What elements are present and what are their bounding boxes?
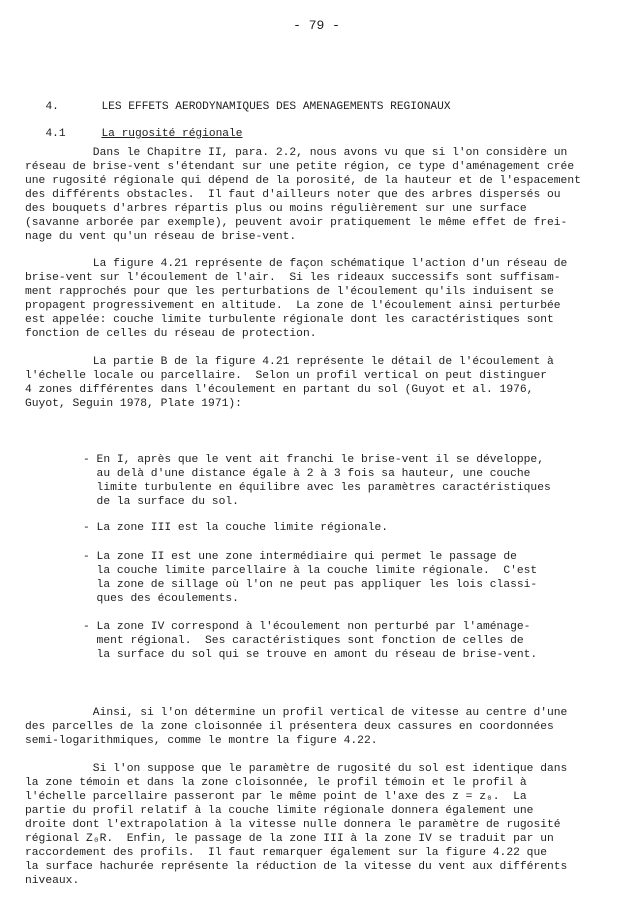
subsection-title: La rugosité régionale bbox=[101, 128, 242, 140]
text-line: l'échelle locale ou parcellaire. Selon u… bbox=[25, 369, 625, 383]
text-line: des bouquets d'arbres répartis plus ou m… bbox=[25, 202, 625, 216]
text-line: La figure 4.21 représente de façon schém… bbox=[25, 257, 625, 271]
text-line: la surface hachurée représente la réduct… bbox=[25, 860, 625, 874]
text-line: régional Z₀R. Enfin, le passage de la zo… bbox=[25, 832, 625, 846]
paragraph-5: Si l'on suppose que le paramètre de rugo… bbox=[25, 762, 625, 888]
subsection-heading: 4.1La rugosité régionale bbox=[32, 116, 242, 140]
paragraph-3: La partie B de la figure 4.21 représente… bbox=[25, 355, 625, 411]
text-line: 4 zones différentes dans l'écoulement en… bbox=[25, 383, 625, 397]
paragraph-2: La figure 4.21 représente de façon schém… bbox=[25, 257, 625, 341]
text-line: nage du vent qu'un réseau de brise-vent. bbox=[25, 230, 625, 244]
subsection-number: 4.1 bbox=[45, 128, 101, 140]
list-item-zone-4: - La zone IV correspond à l'écoulement n… bbox=[83, 620, 537, 662]
text-line: Si l'on suppose que le paramètre de rugo… bbox=[25, 762, 625, 776]
text-line: l'échelle parcellaire passeront par le m… bbox=[25, 790, 625, 804]
text-line: limite turbulente en équilibre avec les … bbox=[83, 481, 551, 495]
text-line: la surface du sol qui se trouve en amont… bbox=[83, 648, 537, 662]
text-line: est appelée: couche limite turbulente ré… bbox=[25, 313, 625, 327]
text-line: réseau de brise-vent s'étendant sur une … bbox=[25, 160, 625, 174]
text-line: raccordement des profils. Il faut remarq… bbox=[25, 846, 625, 860]
text-line: la couche limite parcellaire à la couche… bbox=[83, 564, 537, 578]
text-line: Guyot, Seguin 1978, Plate 1971): bbox=[25, 397, 625, 411]
paragraph-4: Ainsi, si l'on détermine un profil verti… bbox=[25, 706, 625, 748]
text-line: propagent progressivement en altitude. L… bbox=[25, 299, 625, 313]
text-line: niveaux. bbox=[25, 874, 625, 888]
text-line: semi-logarithmiques, comme le montre la … bbox=[25, 734, 625, 748]
paragraph-1: Dans le Chapitre II, para. 2.2, nous avo… bbox=[25, 146, 625, 244]
text-line: brise-vent sur l'écoulement de l'air. Si… bbox=[25, 271, 625, 285]
section-number: 4. bbox=[45, 101, 101, 113]
text-line: (savanne arborée par exemple), peuvent a… bbox=[25, 216, 625, 230]
text-line: une rugosité régionale qui dépend de la … bbox=[25, 174, 625, 188]
text-line: - La zone II est une zone intermédiaire … bbox=[83, 550, 537, 564]
section-heading: 4.LES EFFETS AERODYNAMIQUES DES AMENAGEM… bbox=[32, 89, 451, 113]
text-line: - La zone III est la couche limite régio… bbox=[83, 521, 388, 535]
text-line: ment régional. Ses caractéristiques sont… bbox=[83, 634, 537, 648]
text-line: partie du profil relatif à la couche lim… bbox=[25, 804, 625, 818]
text-line: ques des écoulements. bbox=[83, 592, 537, 606]
text-line: - La zone IV correspond à l'écoulement n… bbox=[83, 620, 537, 634]
text-line: Dans le Chapitre II, para. 2.2, nous avo… bbox=[25, 146, 625, 160]
text-line: la zone témoin et dans la zone cloisonné… bbox=[25, 776, 625, 790]
text-line: des parcelles de la zone cloisonnée il p… bbox=[25, 720, 625, 734]
text-line: des différents obstacles. Il faut d'aill… bbox=[25, 188, 625, 202]
text-line: La partie B de la figure 4.21 représente… bbox=[25, 355, 625, 369]
list-item-zone-3: - La zone III est la couche limite régio… bbox=[83, 521, 388, 535]
text-line: droite dont l'extrapolation à la vitesse… bbox=[25, 818, 625, 832]
text-line: de la surface du sol. bbox=[83, 495, 551, 509]
text-line: Ainsi, si l'on détermine un profil verti… bbox=[25, 706, 625, 720]
text-line: ment rapprochés pour que les perturbatio… bbox=[25, 285, 625, 299]
list-item-zone-1: - En I, après que le vent ait franchi le… bbox=[83, 453, 551, 509]
section-title: LES EFFETS AERODYNAMIQUES DES AMENAGEMEN… bbox=[101, 101, 450, 113]
list-item-zone-2: - La zone II est une zone intermédiaire … bbox=[83, 550, 537, 606]
text-line: fonction de celles du réseau de protecti… bbox=[25, 327, 625, 341]
text-line: - En I, après que le vent ait franchi le… bbox=[83, 453, 551, 467]
text-line: la zone de sillage où l'on ne peut pas a… bbox=[83, 578, 537, 592]
text-line: au delà d'une distance égale à 2 à 3 foi… bbox=[83, 467, 551, 481]
page-number: - 79 - bbox=[0, 18, 633, 33]
